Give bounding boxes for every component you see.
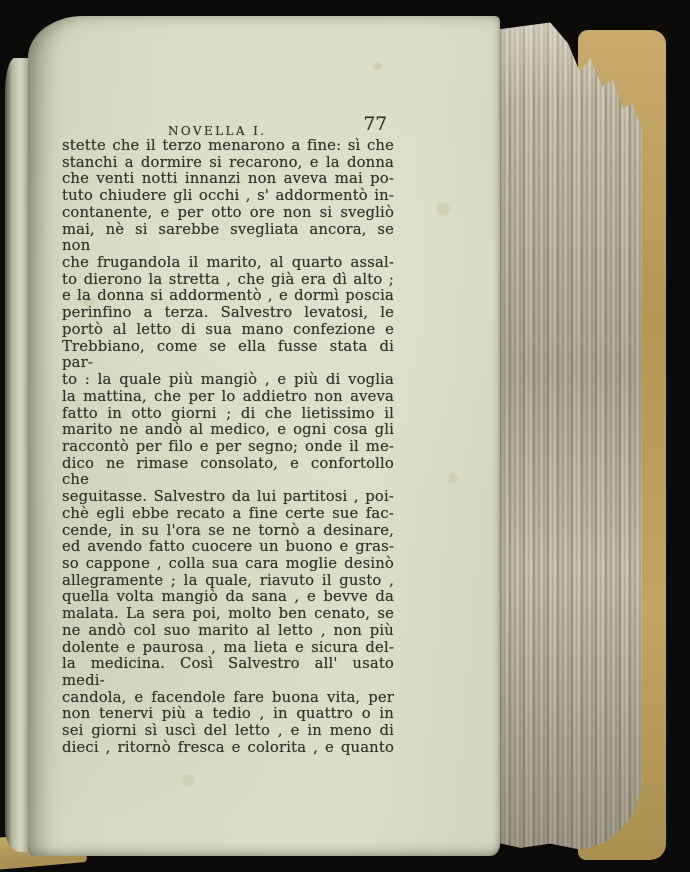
text-line: stanchi a dormire si recarono, e la donn… (62, 155, 394, 172)
text-line: la mattina, che per lo addietro non avev… (62, 389, 394, 406)
text-line: so cappone , colla sua cara moglie desin… (62, 556, 394, 573)
photo-background: { "colors": { "background": "#0b0a08", "… (0, 0, 690, 872)
text-line: mai, nè si sarebbe svegliata ancora, se … (62, 222, 394, 255)
text-line: tuto chiudere gli occhi , s' addormentò … (62, 188, 394, 205)
text-line: e la donna si addormentò , e dormì posci… (62, 288, 394, 305)
book-photo: NOVELLA I. 77 stette che il terzo menaro… (0, 0, 690, 872)
text-line: sei giorni sì uscì del letto , e in meno… (62, 723, 394, 740)
text-line: portò al letto di sua mano confezione e (62, 322, 394, 339)
text-line: malata. La sera poi, molto ben cenato, s… (62, 606, 394, 623)
text-line: dieci , ritornò fresca e colorita , e qu… (62, 740, 394, 757)
text-line: perinfino a terza. Salvestro levatosi, l… (62, 305, 394, 322)
text-line: cende, in su l'ora se ne tornò a desinar… (62, 523, 394, 540)
text-line: ne andò col suo marito al letto , non pi… (62, 623, 394, 640)
text-line: stette che il terzo menarono a fine: sì … (62, 138, 394, 155)
text-line: non tenervi più a tedio , in quattro o i… (62, 706, 394, 723)
text-line: allegramente ; la quale, riavuto il gust… (62, 573, 394, 590)
text-line: to dierono la stretta , che già era dì a… (62, 272, 394, 289)
book-page: NOVELLA I. 77 stette che il terzo menaro… (28, 16, 500, 856)
text-line: dolente e paurosa , ma lieta e sicura de… (62, 640, 394, 657)
text-line: che venti notti innanzi non aveva mai po… (62, 171, 394, 188)
text-line: la medicina. Così Salvestro all' usato m… (62, 656, 394, 689)
text-line: Trebbiano, come se ella fusse stata di p… (62, 339, 394, 372)
text-line: marito ne andò al medico, e ogni cosa gl… (62, 422, 394, 439)
text-line: quella volta mangiò da sana , e bevve da (62, 589, 394, 606)
text-line: chè egli ebbe recato a fine certe sue fa… (62, 506, 394, 523)
running-title: NOVELLA I. (168, 124, 267, 138)
text-line: che frugandola il marito, al quarto assa… (62, 255, 394, 272)
text-line: ed avendo fatto cuocere un buono e gras- (62, 539, 394, 556)
text-line: contanente, e per otto ore non si svegli… (62, 205, 394, 222)
text-line: raccontò per filo e per segno; onde il m… (62, 439, 394, 456)
page-header: NOVELLA I. 77 (62, 112, 394, 138)
page-number: 77 (363, 114, 387, 135)
page-text-block: NOVELLA I. 77 stette che il terzo menaro… (62, 112, 394, 757)
text-line: dico ne rimase consolato, e confortollo … (62, 456, 394, 489)
text-line: fatto in otto giorni ; di che lietissimo… (62, 406, 394, 423)
text-line: seguitasse. Salvestro da lui partitosi ,… (62, 489, 394, 506)
text-line: candola, e facendole fare buona vita, pe… (62, 690, 394, 707)
text-line: to : la quale più mangiò , e più di vogl… (62, 372, 394, 389)
page-fore-edge-stack (494, 20, 642, 852)
text-lines: stette che il terzo menarono a fine: sì … (62, 138, 394, 757)
